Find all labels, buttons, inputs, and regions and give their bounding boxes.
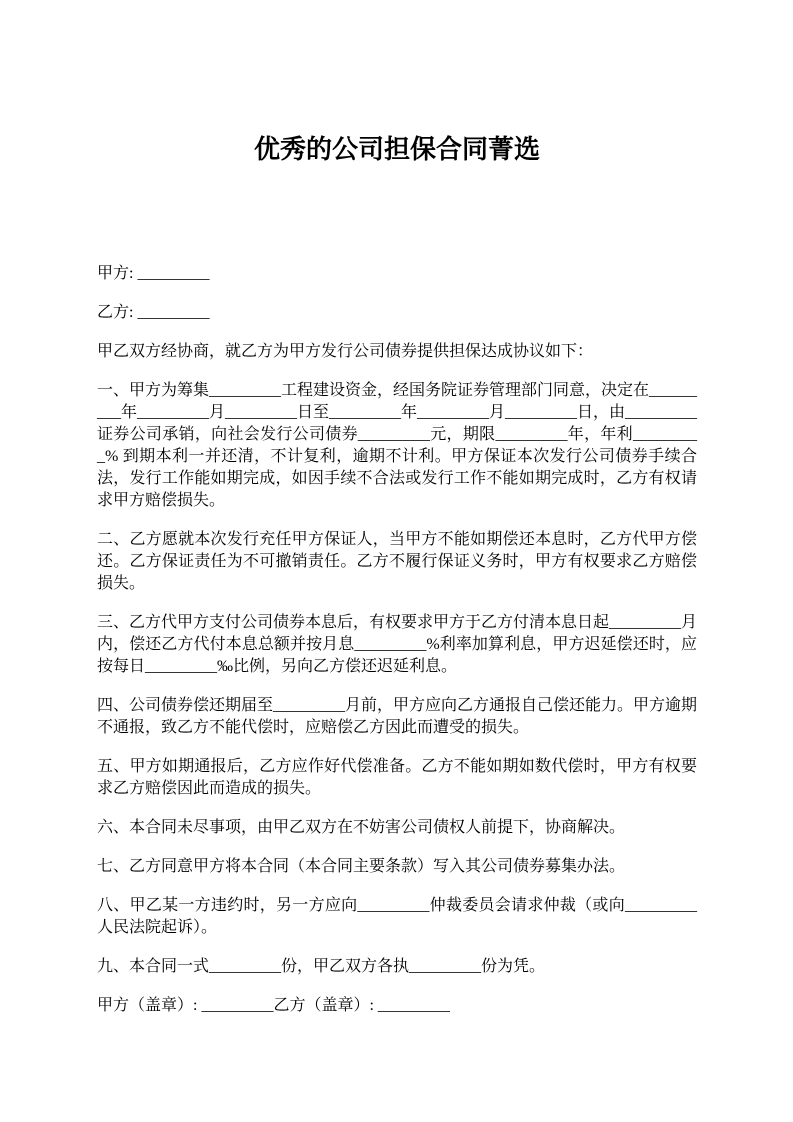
clause-6-paragraph: 六、本合同未尽事项，由甲乙双方在不妨害公司债权人前提下，协商解决。 <box>97 817 697 839</box>
clause-4-paragraph: 四、公司债券偿还期届至_________月前，甲方应向乙方通报自己偿还能力。甲方… <box>97 695 697 739</box>
clause-3-paragraph: 三、乙方代甲方支付公司债券本息后，有权要求甲方于乙方付清本息日起________… <box>97 612 697 678</box>
signature-line: 甲方（盖章）: _________乙方（盖章）: _________ <box>97 995 697 1017</box>
intro-paragraph: 甲乙双方经协商，就乙方为甲方发行公司债券提供担保达成协议如下： <box>97 341 697 363</box>
clause-8-paragraph: 八、甲乙某一方违约时，另一方应向_________仲裁委员会请求仲裁（或向___… <box>97 895 697 939</box>
party-b-seal-label: 乙方（盖章）: _________ <box>273 997 449 1014</box>
clause-5-paragraph: 五、甲方如期通报后，乙方应作好代偿准备。乙方不能如期如数代偿时，甲方有权要求乙方… <box>97 756 697 800</box>
party-b-blank-line: 乙方: _________ <box>97 302 697 324</box>
clause-9-paragraph: 九、本合同一式_________份，甲乙双方各执_________份为凭。 <box>97 956 697 978</box>
party-a-seal-label: 甲方（盖章）: _________ <box>97 997 273 1014</box>
document-page: 优秀的公司担保合同菁选 甲方: _________ 乙方: _________ … <box>0 0 793 1122</box>
clause-7-paragraph: 七、乙方同意甲方将本合同（本合同主要条款）写入其公司债券募集办法。 <box>97 856 697 878</box>
clause-1-paragraph: 一、甲方为筹集_________工程建设资金，经国务院证券管理部门同意，决定在_… <box>97 380 697 512</box>
document-title: 优秀的公司担保合同菁选 <box>97 132 697 166</box>
document-content: 优秀的公司担保合同菁选 甲方: _________ 乙方: _________ … <box>97 0 697 1017</box>
party-a-blank-line: 甲方: _________ <box>97 263 697 285</box>
clause-2-paragraph: 二、乙方愿就本次发行充任甲方保证人，当甲方不能如期偿还本息时，乙方代甲方偿还。乙… <box>97 529 697 595</box>
